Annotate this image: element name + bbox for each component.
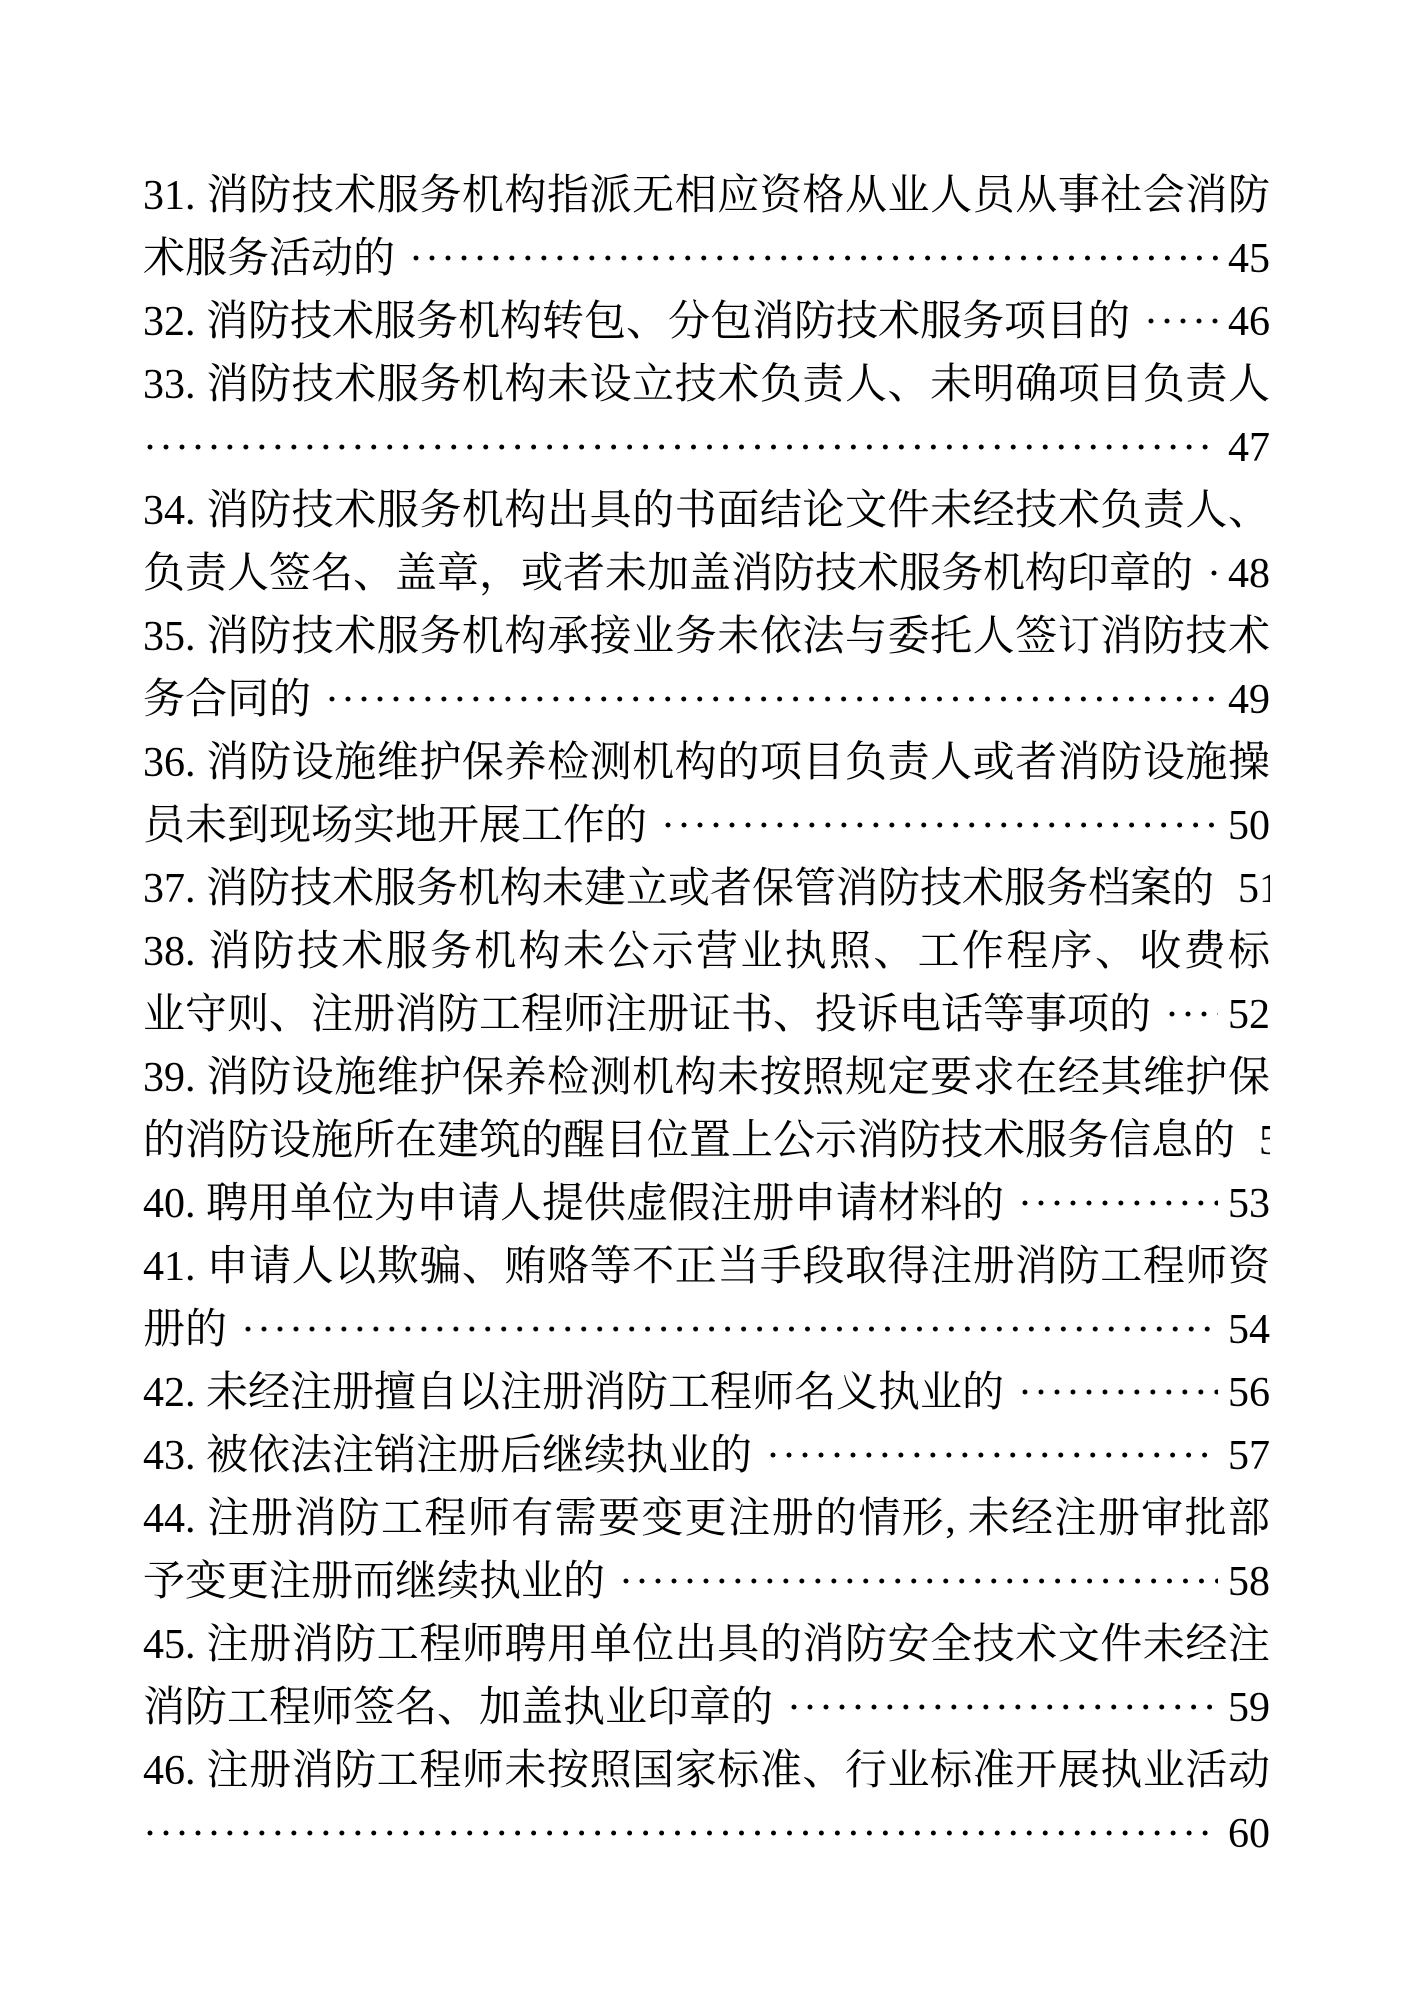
entry-title-text: 43. 被依法注销注册后继续执业的 (143, 1425, 752, 1488)
dot-leader (661, 795, 1218, 858)
entry-final-line: 术服务活动的 45 (143, 228, 1270, 291)
document-page: 31. 消防技术服务机构指派无相应资格从业人员从事社会消防技 术服务活动的 45… (0, 0, 1413, 2000)
toc-entry-33: 33. 消防技术服务机构未设立技术负责人、未明确项目负责人的 47 (143, 354, 1270, 480)
dot-leader (1018, 1362, 1218, 1425)
entry-final-line: 册的 54 (143, 1299, 1270, 1362)
entry-title-text: 的消防设施所在建筑的醒目位置上公示消防技术服务信息的 (143, 1110, 1235, 1173)
entry-final-line: 60 (143, 1803, 1270, 1866)
entry-title-line: 45. 注册消防工程师聘用单位出具的消防安全技术文件未经注册 (143, 1614, 1270, 1677)
entry-title-line: 38. 消防技术服务机构未公示营业执照、工作程序、收费标准、从 (143, 921, 1270, 984)
entry-title-text: 员未到现场实地开展工作的 (143, 795, 647, 858)
entry-title-text: 业守则、注册消防工程师注册证书、投诉电话等事项的 (143, 984, 1151, 1047)
entry-title-line: 39. 消防设施维护保养检测机构未按照规定要求在经其维护保养 (143, 1047, 1270, 1110)
entry-final-line: 员未到现场实地开展工作的 50 (143, 795, 1270, 858)
toc-entry-37: 37. 消防技术服务机构未建立或者保管消防技术服务档案的 51 (143, 858, 1270, 921)
entry-final-line: 负责人签名、盖章，或者未加盖消防技术服务机构印章的 48 (143, 543, 1270, 606)
toc-entry-34: 34. 消防技术服务机构出具的书面结论文件未经技术负责人、项目 负责人签名、盖章… (143, 480, 1270, 606)
dot-leader (1144, 291, 1218, 354)
entry-title-line: 31. 消防技术服务机构指派无相应资格从业人员从事社会消防技 (143, 165, 1270, 228)
entry-title-text: 消防工程师签名、加盖执业印章的 (143, 1677, 773, 1740)
entry-final-line: 42. 未经注册擅自以注册消防工程师名义执业的 56 (143, 1362, 1270, 1425)
toc-entry-44: 44. 注册消防工程师有需要变更注册的情形, 未经注册审批部门准 予变更注册而继… (143, 1488, 1270, 1614)
page-number: 52 (1259, 1110, 1270, 1173)
entry-title-text: 32. 消防技术服务机构转包、分包消防技术服务项目的 (143, 291, 1130, 354)
entry-final-line: 务合同的 49 (143, 669, 1270, 732)
entry-final-line: 32. 消防技术服务机构转包、分包消防技术服务项目的 46 (143, 291, 1270, 354)
toc-entry-31: 31. 消防技术服务机构指派无相应资格从业人员从事社会消防技 术服务活动的 45 (143, 165, 1270, 291)
entry-title-text: 册的 (143, 1299, 227, 1362)
page-number: 57 (1228, 1425, 1270, 1488)
toc-entry-35: 35. 消防技术服务机构承接业务未依法与委托人签订消防技术服 务合同的 49 (143, 606, 1270, 732)
dot-leader (766, 1425, 1218, 1488)
toc-entry-32: 32. 消防技术服务机构转包、分包消防技术服务项目的 46 (143, 291, 1270, 354)
table-of-contents: 31. 消防技术服务机构指派无相应资格从业人员从事社会消防技 术服务活动的 45… (143, 165, 1270, 1866)
page-number: 59 (1228, 1677, 1270, 1740)
dot-leader (143, 417, 1218, 480)
toc-entry-38: 38. 消防技术服务机构未公示营业执照、工作程序、收费标准、从 业守则、注册消防… (143, 921, 1270, 1047)
entry-title-text: 37. 消防技术服务机构未建立或者保管消防技术服务档案的 (143, 858, 1214, 921)
dot-leader (325, 669, 1218, 732)
dot-leader (409, 228, 1218, 291)
dot-leader (143, 1803, 1218, 1866)
dot-leader (1165, 984, 1218, 1047)
toc-entry-36: 36. 消防设施维护保养检测机构的项目负责人或者消防设施操作 员未到现场实地开展… (143, 732, 1270, 858)
toc-entry-46: 46. 注册消防工程师未按照国家标准、行业标准开展执业活动的 60 (143, 1740, 1270, 1866)
entry-final-line: 47 (143, 417, 1270, 480)
entry-final-line: 40. 聘用单位为申请人提供虚假注册申请材料的 53 (143, 1173, 1270, 1236)
entry-final-line: 43. 被依法注销注册后继续执业的 57 (143, 1425, 1270, 1488)
entry-final-line: 业守则、注册消防工程师注册证书、投诉电话等事项的 52 (143, 984, 1270, 1047)
page-number: 49 (1228, 669, 1270, 732)
dot-leader (619, 1551, 1218, 1614)
entry-title-line: 36. 消防设施维护保养检测机构的项目负责人或者消防设施操作 (143, 732, 1270, 795)
page-number: 53 (1228, 1173, 1270, 1236)
page-number: 58 (1228, 1551, 1270, 1614)
entry-title-line: 33. 消防技术服务机构未设立技术负责人、未明确项目负责人的 (143, 354, 1270, 417)
entry-title-text: 术服务活动的 (143, 228, 395, 291)
entry-title-line: 44. 注册消防工程师有需要变更注册的情形, 未经注册审批部门准 (143, 1488, 1270, 1551)
entry-title-text: 予变更注册而继续执业的 (143, 1551, 605, 1614)
dot-leader (1018, 1173, 1218, 1236)
page-number: 52 (1228, 984, 1270, 1047)
toc-entry-41: 41. 申请人以欺骗、贿赂等不正当手段取得注册消防工程师资格注 册的 54 (143, 1236, 1270, 1362)
page-number: 46 (1228, 291, 1270, 354)
page-number: 48 (1228, 543, 1270, 606)
page-number: 56 (1228, 1362, 1270, 1425)
page-number: 54 (1228, 1299, 1270, 1362)
dot-leader (241, 1299, 1218, 1362)
entry-title-text: 40. 聘用单位为申请人提供虚假注册申请材料的 (143, 1173, 1004, 1236)
toc-entry-43: 43. 被依法注销注册后继续执业的 57 (143, 1425, 1270, 1488)
toc-entry-45: 45. 注册消防工程师聘用单位出具的消防安全技术文件未经注册 消防工程师签名、加… (143, 1614, 1270, 1740)
entry-final-line: 消防工程师签名、加盖执业印章的 59 (143, 1677, 1270, 1740)
page-number: 45 (1228, 228, 1270, 291)
entry-final-line: 的消防设施所在建筑的醒目位置上公示消防技术服务信息的 52 (143, 1110, 1270, 1173)
entry-title-line: 34. 消防技术服务机构出具的书面结论文件未经技术负责人、项目 (143, 480, 1270, 543)
entry-title-text: 务合同的 (143, 669, 311, 732)
entry-title-line: 35. 消防技术服务机构承接业务未依法与委托人签订消防技术服 (143, 606, 1270, 669)
dot-leader (1207, 543, 1218, 606)
entry-title-text: 负责人签名、盖章，或者未加盖消防技术服务机构印章的 (143, 543, 1193, 606)
page-number: 60 (1228, 1803, 1270, 1866)
toc-entry-42: 42. 未经注册擅自以注册消防工程师名义执业的 56 (143, 1362, 1270, 1425)
toc-entry-40: 40. 聘用单位为申请人提供虚假注册申请材料的 53 (143, 1173, 1270, 1236)
page-number: 50 (1228, 795, 1270, 858)
entry-title-line: 46. 注册消防工程师未按照国家标准、行业标准开展执业活动的 (143, 1740, 1270, 1803)
entry-title-text: 42. 未经注册擅自以注册消防工程师名义执业的 (143, 1362, 1004, 1425)
page-number: 51 (1238, 858, 1270, 921)
page-number: 47 (1228, 417, 1270, 480)
toc-entry-39: 39. 消防设施维护保养检测机构未按照规定要求在经其维护保养 的消防设施所在建筑… (143, 1047, 1270, 1173)
dot-leader (787, 1677, 1218, 1740)
entry-final-line: 37. 消防技术服务机构未建立或者保管消防技术服务档案的 51 (143, 858, 1270, 921)
entry-title-line: 41. 申请人以欺骗、贿赂等不正当手段取得注册消防工程师资格注 (143, 1236, 1270, 1299)
entry-final-line: 予变更注册而继续执业的 58 (143, 1551, 1270, 1614)
